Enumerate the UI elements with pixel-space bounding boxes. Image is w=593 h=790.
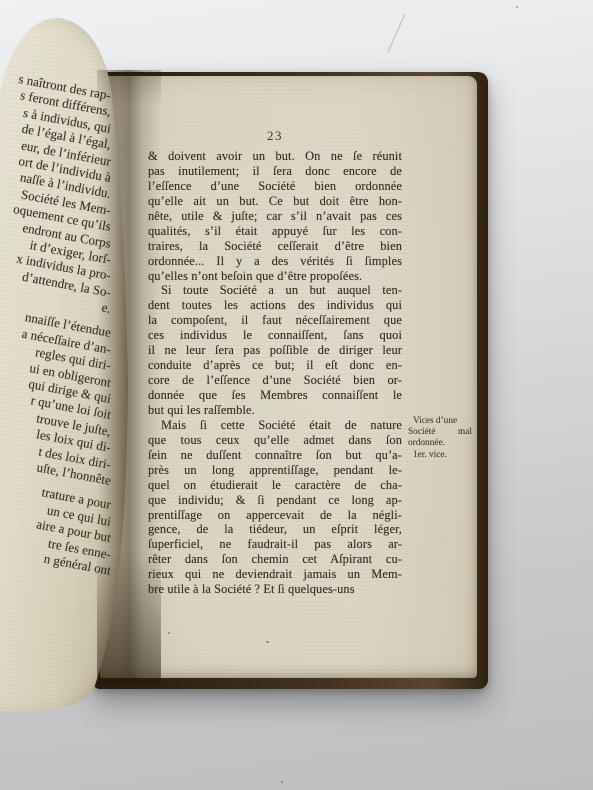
- body-text-line: rieux qui ne deviendrait jamais un Mem-: [148, 567, 402, 582]
- paper-speck: [266, 641, 269, 643]
- left-page-curled: s naîtront des rap-s feront différens,s …: [0, 10, 128, 716]
- body-text-line: Si toute Société a un but auquel ten-: [148, 283, 402, 298]
- body-text-line: & doivent avoir un but. On ne ſe réunit: [148, 149, 402, 164]
- margin-note-line: 1er. vice.: [408, 450, 472, 461]
- body-text-line: il ne leur ſera pas poſſible de diriger …: [148, 343, 402, 358]
- body-text-line: qu’elles n’ont beſoin que d’être propoſé…: [148, 269, 402, 284]
- page-number: 23: [148, 128, 402, 144]
- body-text-line: gence, de la tiédeur, un eſprit léger,: [148, 522, 402, 537]
- body-text-line: ſuperficiel, ne faudrait-il pas alors ar…: [148, 537, 402, 552]
- paper-speck: [168, 632, 170, 634]
- body-text-line: l’eſſence d’une Société bien ordonnée: [148, 179, 402, 194]
- open-book: 23 & doivent avoir un but. On ne ſe réun…: [0, 0, 593, 790]
- margin-note-line: Vices d’une: [408, 416, 472, 427]
- body-text-line: quel on étudierait le caractère de cha-: [148, 478, 402, 493]
- margin-note: Vices d’uneSociété malordonnée.1er. vice…: [408, 416, 472, 461]
- body-text-line: donnée que ſes Membres connaiſſent le: [148, 388, 402, 403]
- margin-note-line: ordonnée.: [408, 438, 472, 449]
- body-text-line: que tous ceux qu’elle admet dans ſon: [148, 433, 402, 448]
- body-text-line: ordonnée... Il y a des vérités ſi ſimple…: [148, 254, 402, 269]
- body-text-line: pas inutilement; il ſera donc encore de: [148, 164, 402, 179]
- body-text-line: la compoſent, il faut néceſſairement que: [148, 313, 402, 328]
- body-text-line: conduite d’après ce but; il eſt donc en-: [148, 358, 402, 373]
- body-text-line: bre utile à la Société ? Et ſi quelques-…: [148, 582, 402, 597]
- body-text-line: but qui les raſſemble.: [148, 403, 402, 418]
- left-page-text-block: s naîtront des rap-s feront différens,s …: [0, 88, 111, 579]
- body-text-line: traires, la Société ceſſerait d’être bie…: [148, 239, 402, 254]
- surface-speck: [516, 6, 518, 8]
- body-text-line: nête, utile & juſte; car s’il n’avait pa…: [148, 209, 402, 224]
- body-text-line: près un long apprentiſſage, pendant le-: [148, 463, 402, 478]
- body-text-line: Mais ſi cette Société était de nature: [148, 418, 402, 433]
- body-text-line: ſein ne duſſent connaître ſon but qu’a-: [148, 448, 402, 463]
- body-text-line: prentiſſage on appercevait de la négli-: [148, 508, 402, 523]
- body-text-line: qu’elle ait un but. Ce but doit être hon…: [148, 194, 402, 209]
- right-page: 23 & doivent avoir un but. On ne ſe réun…: [100, 76, 477, 678]
- margin-note-line: Société mal: [408, 427, 472, 438]
- surface-speck: [281, 781, 283, 783]
- body-text-line: qualités, s’il était appuyé ſur les con-: [148, 224, 402, 239]
- right-page-text-block: & doivent avoir un but. On ne ſe réunitp…: [148, 149, 402, 597]
- body-text-line: core de l’eſſence d’une Société bien or-: [148, 373, 402, 388]
- body-text-line: ces individus le connaiſſent, ſans quoi: [148, 328, 402, 343]
- body-text-line: rêter dans ſon chemin cet Aſpirant cu-: [148, 552, 402, 567]
- body-text-line: que individu; & ſi pendant ce long ap-: [148, 493, 402, 508]
- photo-scene: 23 & doivent avoir un but. On ne ſe réun…: [0, 0, 593, 790]
- body-text-line: dent toutes les actions des individus qu…: [148, 298, 402, 313]
